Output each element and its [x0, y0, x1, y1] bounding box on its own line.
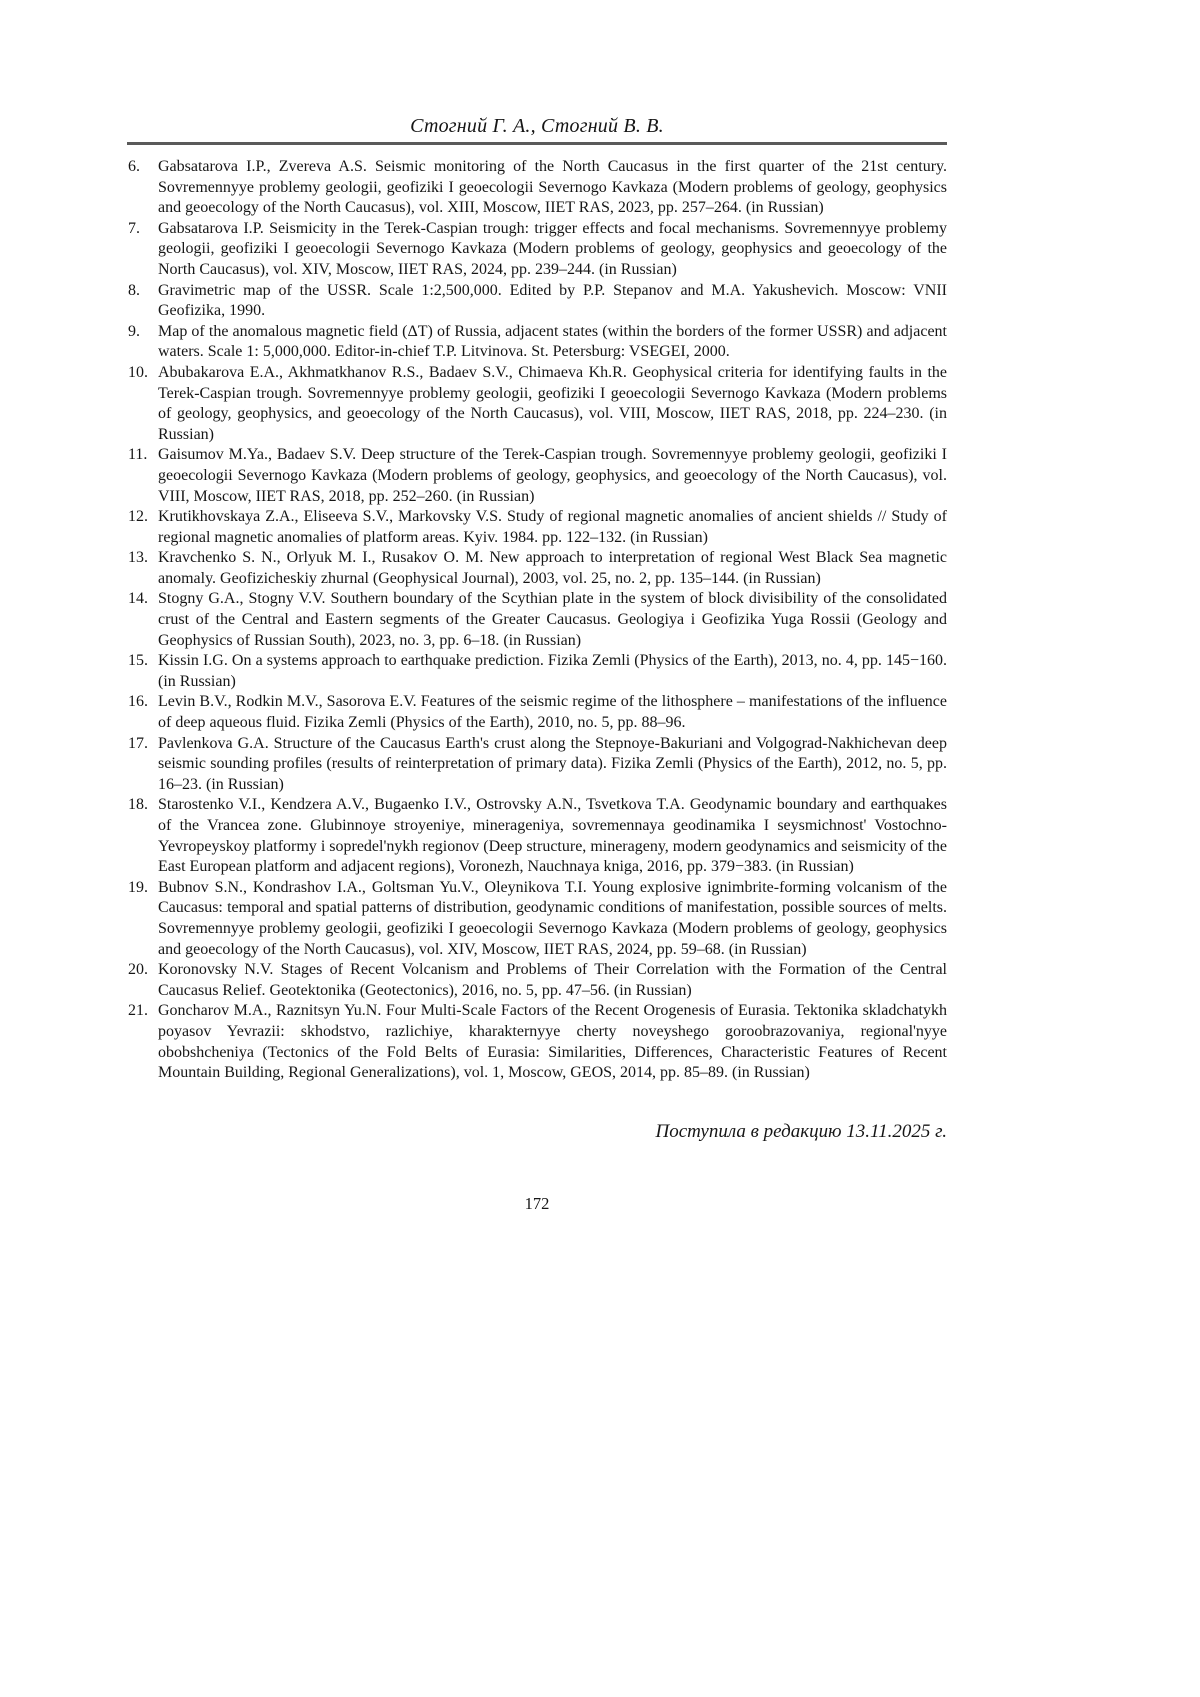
reference-item: 17. Pavlenkova G.A. Structure of the Cau… [127, 734, 947, 796]
reference-item: 6. Gabsatarova I.P., Zvereva A.S. Seismi… [127, 157, 947, 219]
reference-item: 18. Starostenko V.I., Kendzera A.V., Bug… [127, 795, 947, 877]
received-note: Поступила в редакцию 13.11.2025 г. [127, 1120, 947, 1144]
reference-text: Koronovsky N.V. Stages of Recent Volcani… [158, 961, 947, 999]
reference-item: 11. Gaisumov M.Ya., Badaev S.V. Deep str… [127, 445, 947, 507]
reference-text: Krutikhovskaya Z.A., Eliseeva S.V., Mark… [158, 508, 947, 546]
reference-text: Gabsatarova I.P., Zvereva A.S. Seismic m… [158, 158, 947, 216]
reference-text: Goncharov M.A., Raznitsyn Yu.N. Four Mul… [158, 1002, 947, 1081]
reference-item: 15. Kissin I.G. On a systems approach to… [127, 651, 947, 692]
reference-number: 19. [128, 878, 148, 899]
reference-list: 6. Gabsatarova I.P., Zvereva A.S. Seismi… [127, 157, 947, 1084]
reference-item: 12. Krutikhovskaya Z.A., Eliseeva S.V., … [127, 507, 947, 548]
running-header: Стогний Г. А., Стогний В. В. [127, 113, 947, 139]
reference-number: 20. [128, 960, 148, 981]
reference-number: 16. [128, 692, 148, 713]
reference-number: 6. [128, 157, 140, 178]
reference-number: 12. [128, 507, 148, 528]
reference-number: 21. [128, 1001, 148, 1022]
reference-text: Gabsatarova I.P. Seismicity in the Terek… [158, 220, 947, 278]
reference-text: Starostenko V.I., Kendzera A.V., Bugaenk… [158, 796, 947, 875]
reference-text: Map of the anomalous magnetic field (ΔT)… [158, 323, 947, 361]
reference-number: 15. [128, 651, 148, 672]
reference-text: Gaisumov M.Ya., Badaev S.V. Deep structu… [158, 446, 947, 504]
reference-item: 9. Map of the anomalous magnetic field (… [127, 322, 947, 363]
reference-item: 21. Goncharov M.A., Raznitsyn Yu.N. Four… [127, 1001, 947, 1083]
reference-item: 14. Stogny G.A., Stogny V.V. Southern bo… [127, 589, 947, 651]
reference-text: Stogny G.A., Stogny V.V. Southern bounda… [158, 590, 947, 648]
page-text-block: Стогний Г. А., Стогний В. В. 6. Gabsatar… [127, 113, 947, 1214]
reference-item: 13. Kravchenko S. N., Orlyuk M. I., Rusa… [127, 548, 947, 589]
reference-text: Bubnov S.N., Kondrashov I.A., Goltsman Y… [158, 879, 947, 958]
reference-text: Kissin I.G. On a systems approach to ear… [158, 652, 947, 690]
reference-number: 17. [128, 734, 148, 755]
reference-item: 8. Gravimetric map of the USSR. Scale 1:… [127, 281, 947, 322]
reference-item: 10. Abubakarova E.A., Akhmatkhanov R.S.,… [127, 363, 947, 445]
reference-number: 14. [128, 589, 148, 610]
reference-item: 16. Levin B.V., Rodkin M.V., Sasorova E.… [127, 692, 947, 733]
reference-text: Abubakarova E.A., Akhmatkhanov R.S., Bad… [158, 364, 947, 443]
reference-text: Kravchenko S. N., Orlyuk M. I., Rusakov … [158, 549, 947, 587]
reference-number: 10. [128, 363, 148, 384]
reference-number: 7. [128, 219, 140, 240]
reference-item: 7. Gabsatarova I.P. Seismicity in the Te… [127, 219, 947, 281]
reference-text: Pavlenkova G.A. Structure of the Caucasu… [158, 735, 947, 793]
reference-number: 11. [128, 445, 147, 466]
reference-text: Levin B.V., Rodkin M.V., Sasorova E.V. F… [158, 693, 947, 731]
reference-item: 19. Bubnov S.N., Kondrashov I.A., Goltsm… [127, 878, 947, 960]
reference-number: 9. [128, 322, 140, 343]
page-number: 172 [127, 1194, 947, 1214]
reference-number: 13. [128, 548, 148, 569]
reference-item: 20. Koronovsky N.V. Stages of Recent Vol… [127, 960, 947, 1001]
header-rule [127, 142, 947, 145]
reference-number: 18. [128, 795, 148, 816]
reference-number: 8. [128, 281, 140, 302]
reference-text: Gravimetric map of the USSR. Scale 1:2,5… [158, 282, 947, 320]
